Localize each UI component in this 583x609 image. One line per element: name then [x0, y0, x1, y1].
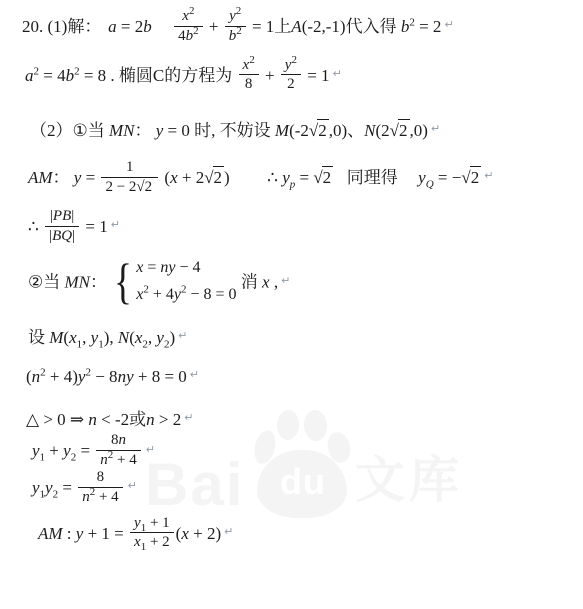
formula-line-5: ∴ |PB||BQ| = 1↵ [0, 210, 583, 247]
solution-content: 20. (1)解：a = 2bx24b2 + y2b2 = 1上A(-2,-1)… [0, 0, 583, 553]
formula-line-7: 设 M(x1, y1), N(x2, y2)↵ [0, 324, 583, 350]
formula-line-6: ②当 MN： {x = ny − 4x2 + 4y2 − 8 = 0 消 x ,… [0, 258, 583, 309]
formula-line-2: a2 = 4b2 = 8 . 椭圆C的方程为 x28 + y22 = 1↵ [0, 59, 583, 96]
formula-line-1: 20. (1)解：a = 2bx24b2 + y2b2 = 1上A(-2,-1)… [0, 10, 583, 47]
formula-line-9: △ > 0 ⇒ n < -2或n > 2↵ [0, 406, 583, 432]
formula-line-4: AM： y = 12 − 2√2 (x + 2√2)∴ yp = √2同理得yQ… [0, 161, 583, 198]
formula-line-12: AM : y + 1 = y1 + 1x1 + 2(x + 2)↵ [0, 517, 583, 554]
formula-line-3: （2）①当 MN： y = 0 时, 不妨设 M(-2√2,0)、N(2√2,0… [0, 117, 583, 143]
formula-line-11: y1y2 = 8n2 + 4↵ [0, 471, 583, 508]
formula-line-8: (n2 + 4)y2 − 8ny + 8 = 0↵ [0, 363, 583, 389]
formula-line-10: y1 + y2 = 8nn2 + 4↵ [0, 434, 583, 471]
